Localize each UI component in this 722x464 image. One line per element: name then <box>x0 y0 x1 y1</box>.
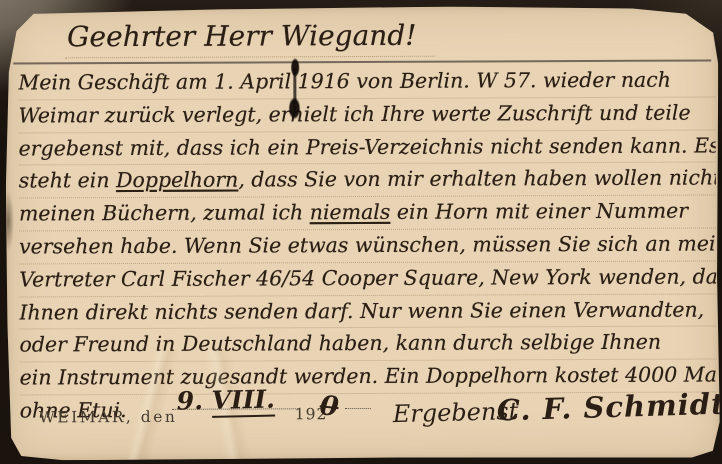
body-text: Mein Geschäft am 1. April 1916 von Berli… <box>18 64 717 427</box>
text-segment: versehen habe. Wenn Sie etwas wünschen, … <box>19 231 717 258</box>
postcard-photo: Geehrter Herr Wiegand! Mein Geschäft am … <box>0 0 722 464</box>
salutation: Geehrter Herr Wiegand! <box>67 19 416 54</box>
text-segment: Vertreter Carl Fischer 46/54 Cooper Squa… <box>19 264 717 291</box>
salutation-dotted-rule <box>65 56 435 59</box>
text-segment: Ihnen direkt nichts senden darf. Nur wen… <box>19 297 704 324</box>
signature: C. F. Schmidt. <box>496 386 722 427</box>
handwritten-line: Vertreter Carl Fischer 46/54 Cooper Squa… <box>19 261 716 297</box>
printed-horizontal-rule <box>13 59 711 64</box>
text-segment: Weimar zurück verlegt, erhielt ich Ihre … <box>18 100 690 127</box>
text-segment: ein Instrument zugesandt werden. Ein Dop… <box>20 363 717 390</box>
underlined-word: Doppelhorn <box>116 168 238 193</box>
text-segment: oder Freund in Deutschland haben, kann d… <box>19 330 661 357</box>
handwritten-year-digit: 0 <box>318 390 340 423</box>
underlined-word: niemals <box>310 200 391 224</box>
handwritten-line: versehen habe. Wenn Sie etwas wünschen, … <box>19 228 716 264</box>
printed-place-label: WEIMAR, den <box>39 408 178 427</box>
handwritten-line: Mein Geschäft am 1. April 1916 von Berli… <box>18 64 715 100</box>
handwritten-line: Ihnen direkt nichts senden darf. Nur wen… <box>19 294 716 330</box>
handwritten-line: oder Freund in Deutschland haben, kann d… <box>19 327 716 363</box>
date-month: VIII. <box>211 385 275 418</box>
printed-year-dotted-line <box>345 408 371 409</box>
handwritten-line: meinen Büchern, zumal ich niemals ein Ho… <box>19 196 716 232</box>
text-segment: Mein Geschäft am 1. April 1916 von Berli… <box>18 68 671 95</box>
text-segment: meinen Büchern, zumal ich <box>19 200 310 225</box>
handwritten-date: 9. VIII. <box>176 385 275 416</box>
handwritten-line: ergebenst mit, dass ich ein Preis-Verzei… <box>19 130 716 166</box>
text-segment: ein Horn mit einer Nummer <box>390 199 688 224</box>
postcard: Geehrter Herr Wiegand! Mein Geschäft am … <box>5 5 720 460</box>
text-segment: steht ein <box>19 168 116 192</box>
date-day: 9. <box>176 386 203 416</box>
text-segment: ergebenst mit, dass ich ein Preis-Verzei… <box>19 133 717 160</box>
text-segment: , dass Sie von mir erhalten haben wollen… <box>238 166 717 192</box>
handwritten-line: steht ein Doppelhorn, dass Sie von mir e… <box>19 163 716 199</box>
edge-smudge <box>4 174 18 269</box>
handwritten-line: Weimar zurück verlegt, erhielt ich Ihre … <box>18 97 715 133</box>
